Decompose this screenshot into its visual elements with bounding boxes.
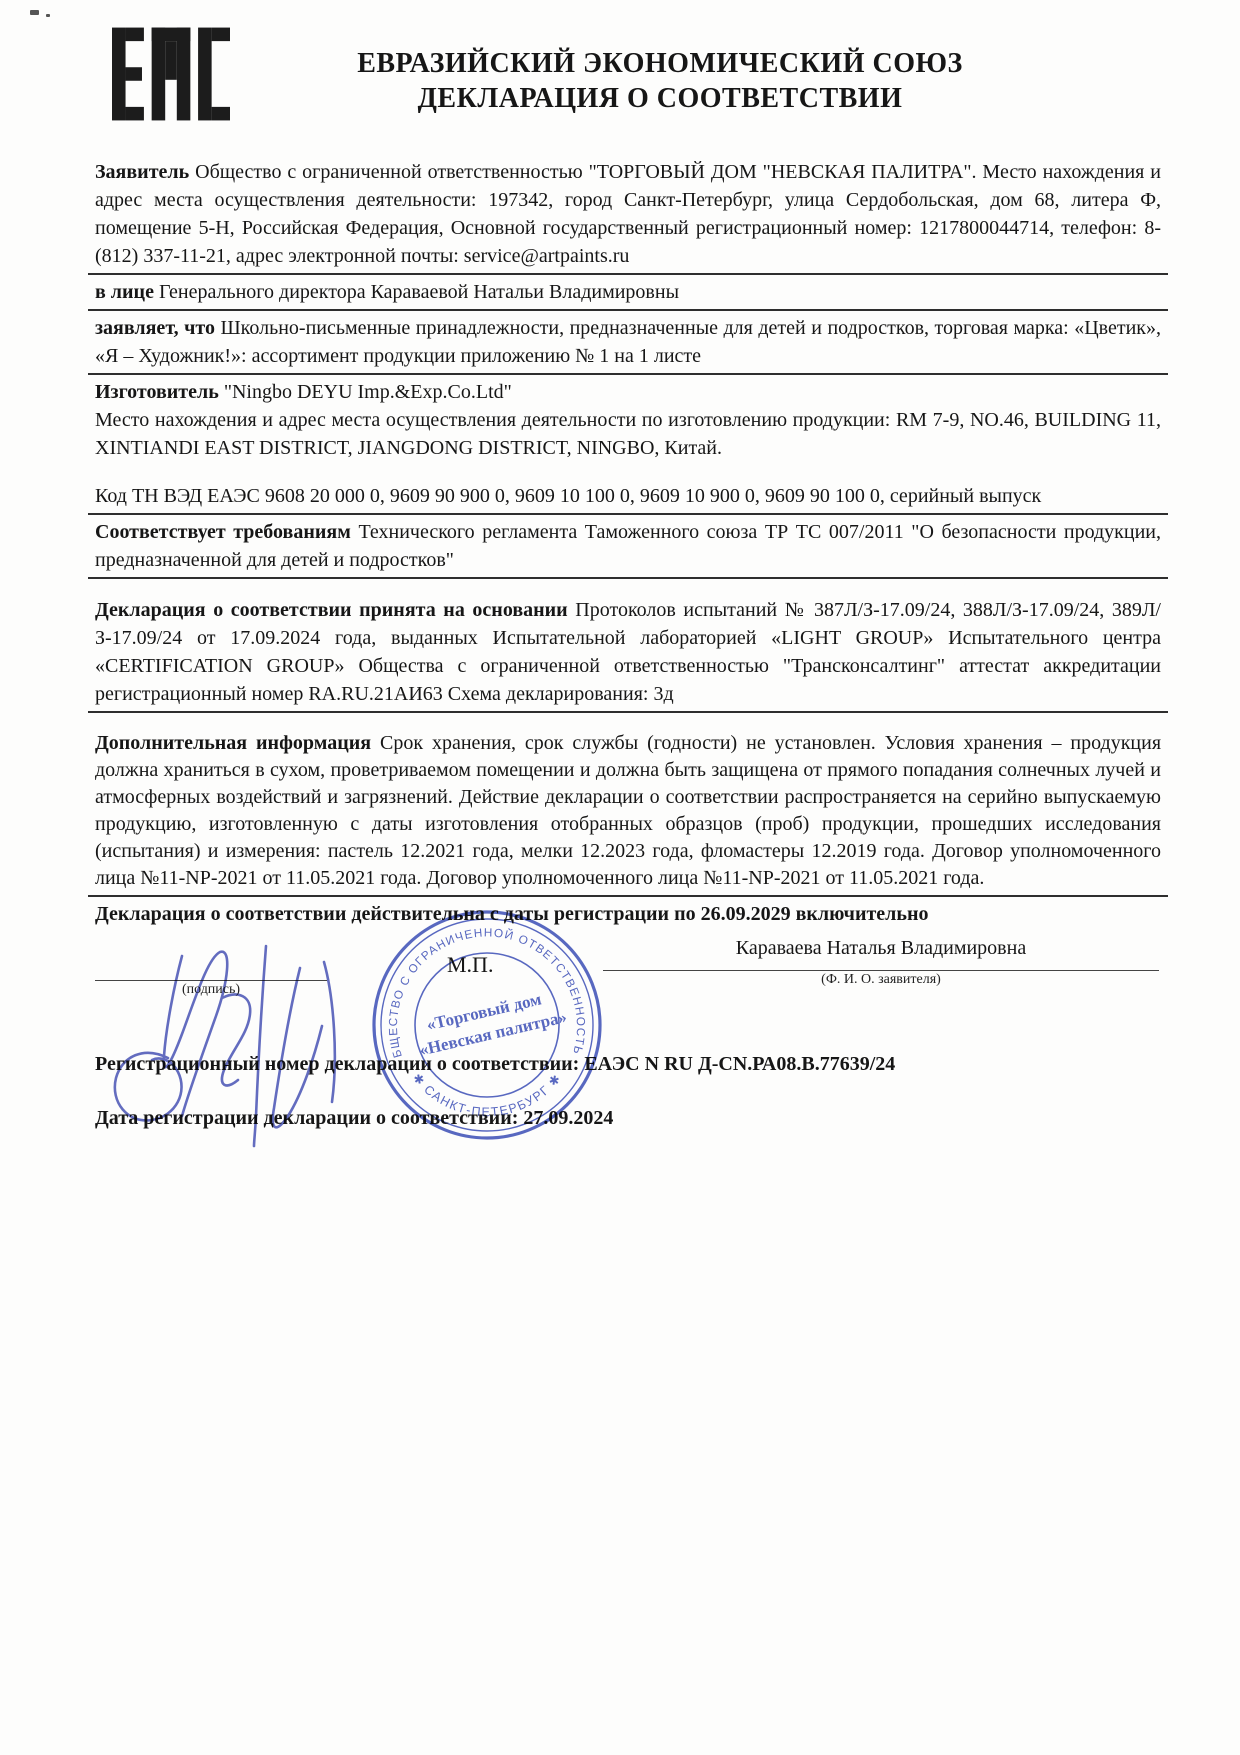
tn-ved-paragraph: Код ТН ВЭД ЕАЭС 9608 20 000 0, 9609 90 9… bbox=[95, 482, 1161, 510]
title-line-2: ДЕКЛАРАЦИЯ О СООТВЕТСТВИИ bbox=[260, 81, 1060, 116]
document-title: ЕВРАЗИЙСКИЙ ЭКОНОМИЧЕСКИЙ СОЮЗ ДЕКЛАРАЦИ… bbox=[260, 46, 1060, 116]
manufacturer-paragraph: Изготовитель "Ningbo DEYU Imp.&Exp.Co.Lt… bbox=[95, 378, 1161, 406]
divider bbox=[88, 273, 1168, 275]
basis-paragraph: Декларация о соответствии принята на осн… bbox=[95, 596, 1161, 708]
divider bbox=[88, 309, 1168, 311]
divider bbox=[88, 513, 1168, 515]
validity-statement: Декларация о соответствии действительна … bbox=[95, 900, 1161, 928]
stamp-ring-bottom-text: ✱ САНКТ-ПЕТЕРБУРГ ✱ bbox=[410, 1071, 564, 1119]
represented-by-paragraph: в лице Генерального директора Караваевой… bbox=[95, 278, 1161, 306]
title-line-1: ЕВРАЗИЙСКИЙ ЭКОНОМИЧЕСКИЙ СОЮЗ bbox=[260, 46, 1060, 81]
scan-artifact bbox=[46, 14, 50, 17]
declaration-document: ЕВРАЗИЙСКИЙ ЭКОНОМИЧЕСКИЙ СОЮЗ ДЕКЛАРАЦИ… bbox=[0, 0, 1240, 1755]
svg-text:✱ САНКТ-ПЕТЕРБУРГ ✱: ✱ САНКТ-ПЕТЕРБУРГ ✱ bbox=[410, 1071, 564, 1119]
handwritten-signature bbox=[104, 938, 414, 1153]
additional-info-label: Дополнительная информация bbox=[95, 732, 371, 754]
scan-artifact bbox=[30, 10, 39, 15]
manufacturer-label: Изготовитель bbox=[95, 381, 219, 403]
divider bbox=[88, 577, 1168, 579]
represented-by-text: Генерального директора Караваевой Наталь… bbox=[159, 281, 679, 303]
applicant-name-caption: (Ф. И. О. заявителя) bbox=[603, 971, 1159, 989]
manufacturer-address: Место нахождения и адрес места осуществл… bbox=[95, 406, 1161, 462]
declares-text: Школьно-письменные принадлежности, предн… bbox=[95, 317, 1161, 367]
basis-label: Декларация о соответствии принята на осн… bbox=[95, 599, 568, 621]
applicant-paragraph: Заявитель Общество с ограниченной ответс… bbox=[95, 158, 1161, 270]
manufacturer-name: "Ningbo DEYU Imp.&Exp.Co.Ltd" bbox=[224, 381, 512, 403]
represented-by-label: в лице bbox=[95, 281, 154, 303]
declares-label: заявляет, что bbox=[95, 317, 215, 339]
applicant-text: Общество с ограниченной ответственностью… bbox=[95, 161, 1161, 267]
divider bbox=[88, 895, 1168, 897]
declares-paragraph: заявляет, что Школьно-письменные принадл… bbox=[95, 314, 1161, 370]
additional-info-paragraph: Дополнительная информация Срок хранения,… bbox=[95, 730, 1161, 892]
applicant-name-block: Караваева Наталья Владимировна (Ф. И. О.… bbox=[603, 934, 1159, 989]
reg-number-value: ЕАЭС N RU Д-CN.РА08.В.77639/24 bbox=[584, 1053, 895, 1075]
divider bbox=[88, 373, 1168, 375]
spacer bbox=[95, 462, 1161, 482]
complies-label: Соответствует требованиям bbox=[95, 521, 351, 543]
eac-logo-icon bbox=[112, 26, 230, 122]
additional-info-text: Срок хранения, срок службы (годности) не… bbox=[95, 732, 1161, 889]
spacer bbox=[95, 716, 1161, 730]
applicant-full-name: Караваева Наталья Владимировна bbox=[603, 934, 1159, 971]
applicant-label: Заявитель bbox=[95, 161, 189, 183]
complies-paragraph: Соответствует требованиям Технического р… bbox=[95, 518, 1161, 574]
divider bbox=[88, 711, 1168, 713]
spacer bbox=[95, 582, 1161, 596]
